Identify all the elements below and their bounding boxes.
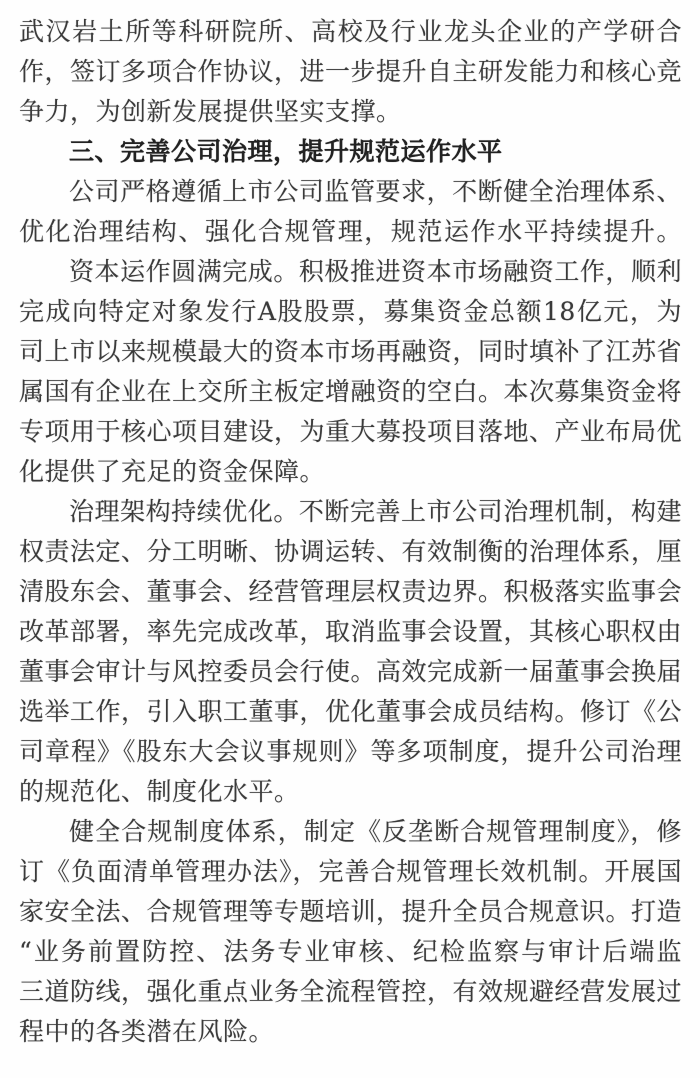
text-line: 专项用于核心项目建设，为重大募投项目落地、产业布局优 <box>19 412 682 452</box>
text-line: 董事会审计与风控委员会行使。高效完成新一届董事会换届 <box>19 652 682 692</box>
text-line: 公司严格遵循上市公司监管要求，不断健全治理体系、 <box>19 172 682 212</box>
document-body: 武汉岩土所等科研院所、高校及行业龙头企业的产学研合 作，签订多项合作协议，进一步… <box>19 12 682 1052</box>
text-line: 完成向特定对象发行A股股票，募集资金总额18亿元，为公 <box>19 292 682 332</box>
text-line: 化提供了充足的资金保障。 <box>19 452 682 492</box>
text-line: “业务前置防控、法务专业审核、纪检监察与审计后端监督” <box>19 932 682 972</box>
text-line: 选举工作，引入职工董事，优化董事会成员结构。修订《公 <box>19 692 682 732</box>
document-page: 武汉岩土所等科研院所、高校及行业龙头企业的产学研合 作，签订多项合作协议，进一步… <box>0 0 700 1078</box>
text-line: 改革部署，率先完成改革，取消监事会设置，其核心职权由 <box>19 612 682 652</box>
text-line: 订《负面清单管理办法》，完善合规管理长效机制。开展国 <box>19 852 682 892</box>
text-line: 的规范化、制度化水平。 <box>19 772 682 812</box>
text-line: 治理架构持续优化。不断完善上市公司治理机制，构建 <box>19 492 682 532</box>
text-line: 程中的各类潜在风险。 <box>19 1012 682 1052</box>
text-line: 司上市以来规模最大的资本市场再融资，同时填补了江苏省 <box>19 332 682 372</box>
text-line: 优化治理结构、强化合规管理，规范运作水平持续提升。 <box>19 212 682 252</box>
text-line: 资本运作圆满完成。积极推进资本市场融资工作，顺利 <box>19 252 682 292</box>
text-line: 司章程》《股东大会议事规则》等多项制度，提升公司治理 <box>19 732 682 772</box>
text-line: 作，签订多项合作协议，进一步提升自主研发能力和核心竞 <box>19 52 682 92</box>
text-line: 权责法定、分工明晰、协调运转、有效制衡的治理体系，厘 <box>19 532 682 572</box>
text-line: 清股东会、董事会、经营管理层权责边界。积极落实监事会 <box>19 572 682 612</box>
text-line: 三道防线，强化重点业务全流程管控，有效规避经营发展过 <box>19 972 682 1012</box>
section-heading: 三、完善公司治理，提升规范运作水平 <box>19 132 682 172</box>
text-line: 争力，为创新发展提供坚实支撑。 <box>19 92 682 132</box>
text-line: 健全合规制度体系，制定《反垄断合规管理制度》，修 <box>19 812 682 852</box>
text-line: 武汉岩土所等科研院所、高校及行业龙头企业的产学研合 <box>19 12 682 52</box>
text-line: 属国有企业在上交所主板定增融资的空白。本次募集资金将 <box>19 372 682 412</box>
text-line: 家安全法、合规管理等专题培训，提升全员合规意识。打造 <box>19 892 682 932</box>
